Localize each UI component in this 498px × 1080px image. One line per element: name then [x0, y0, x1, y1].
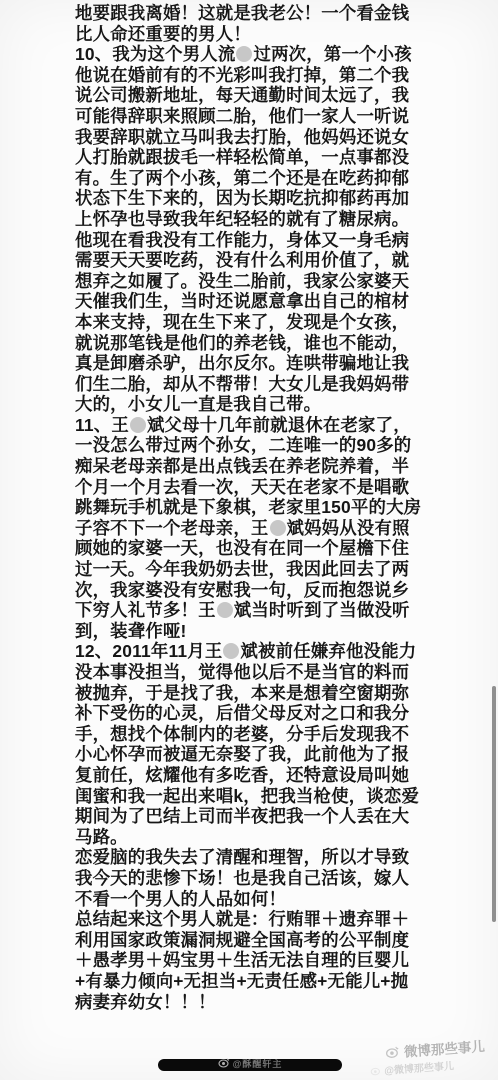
text-run: 斌妈妈从没有照 — [287, 518, 410, 538]
text-run: +有暴力倾向+无担当+无责任感+无能儿+抛 — [75, 971, 408, 991]
text-line: 跳舞玩手机就是下象棋，老家里150平的大房 — [75, 497, 435, 518]
text-line: 复前任，炫耀他有多吃香，还特意设局叫她 — [75, 765, 435, 786]
text-line: 12、2011年11月王斌被前任嫌弃他没能力 — [75, 641, 435, 662]
text-line: 说公司搬新地址，每天通勤时间太远了，我 — [75, 85, 435, 106]
text-run: 期间为了巴结上司而半夜把我一个人丢在大 — [75, 806, 409, 826]
text-line: 大的，小女儿一直是我自己带。 — [75, 394, 435, 415]
text-line: ＋愚孝男＋妈宝男＋生活无法自理的巨婴儿 — [75, 950, 435, 971]
text-run: 天催我们生，当时还说愿意拿出自己的棺材 — [75, 291, 409, 311]
text-run: 斌父母十几年前就退休在老家了， — [147, 415, 411, 435]
text-run: 12、2011年11月王 — [75, 641, 222, 661]
text-line: 人打胎就跟拔毛一样轻松简单，一点事都没 — [75, 147, 435, 168]
text-line: 需要天天要吃药，没有什么利用价值了，就 — [75, 250, 435, 271]
text-line: 顾她的家婆一天，也没有在同一个屋檐下住 — [75, 538, 435, 559]
text-run: 一没怎么带过两个孙女，二连唯一的90多的 — [75, 435, 411, 455]
text-line: 比人命还重要的男人！ — [75, 24, 435, 45]
text-line: 我要辞职就立马叫我去打胎，他妈妈还说女 — [75, 127, 435, 148]
weibo-eye-icon — [218, 1057, 230, 1068]
text-line: 可能得辞职来照顾二胎，他们一家人一听说 — [75, 106, 435, 127]
author-censor-bar: @酥醒轩主 — [158, 1059, 342, 1071]
text-run: 下穷人礼节多！王 — [75, 600, 216, 620]
text-run: 子容不下一个老母亲，王 — [75, 518, 269, 538]
text-run: 可能得辞职来照顾二胎，他们一家人一听说 — [75, 106, 409, 126]
text-line: 11、王斌父母十几年前就退休在老家了， — [75, 415, 435, 436]
text-run: 10、我为这个男人流 — [75, 44, 235, 64]
text-run: 人打胎就跟拔毛一样轻松简单，一点事都没 — [75, 147, 409, 167]
text-line: 天催我们生，当时还说愿意拿出自己的棺材 — [75, 291, 435, 312]
text-line: 个月一个月去看一次，天天在老家不是唱歌 — [75, 477, 435, 498]
censor-blur-dot — [236, 46, 252, 62]
text-run: 斌被前任嫌弃他没能力 — [240, 641, 416, 661]
text-run: 真是卸磨杀驴，出尔反尔。连哄带骗地让我 — [75, 353, 409, 373]
text-run: ＋愚孝男＋妈宝男＋生活无法自理的巨婴儿 — [75, 950, 409, 970]
text-run: 闺蜜和我一起出来唱k，把我当枪使，谈恋爱 — [75, 786, 419, 806]
text-run: 复前任，炫耀他有多吃香，还特意设局叫她 — [75, 765, 409, 785]
text-run: 过一天。今年我奶奶去世，我因此回去了两 — [75, 559, 409, 579]
text-run: 次，我家婆没有安慰我一句，反而抱怨说乡 — [75, 580, 409, 600]
text-line: 10、我为这个男人流过两次，第一个小孩 — [75, 44, 435, 65]
text-run: 说公司搬新地址，每天通勤时间太远了，我 — [75, 85, 409, 105]
scrollbar-thumb[interactable] — [492, 686, 496, 922]
text-run: 需要天天要吃药，没有什么利用价值了，就 — [75, 250, 409, 270]
censor-blur-dot — [130, 417, 146, 433]
censor-blur-dot — [270, 520, 286, 536]
text-run: 跳舞玩手机就是下象棋，老家里150平的大房 — [75, 497, 421, 517]
text-line: 想弃之如履了。没生二胎前，我家公家婆天 — [75, 271, 435, 292]
text-line: 总结起来这个男人就是：行贿罪＋遗弃罪＋ — [75, 909, 435, 930]
text-line: 本来支持，现在生下来了，发现是个女孩， — [75, 312, 435, 333]
text-line: 一没怎么带过两个孙女，二连唯一的90多的 — [75, 435, 435, 456]
text-line: 过一天。今年我奶奶去世，我因此回去了两 — [75, 559, 435, 580]
text-line: +有暴力倾向+无担当+无责任感+无能儿+抛 — [75, 971, 435, 992]
text-line: 痴呆老母亲都是出点钱丢在养老院养着，半 — [75, 456, 435, 477]
text-line: 就说那笔钱是他们的养老钱，谁也不能动， — [75, 333, 435, 354]
text-run: 总结起来这个男人就是：行贿罪＋遗弃罪＋ — [75, 909, 409, 929]
text-run: 比人命还重要的男人！ — [75, 24, 251, 44]
text-run: 痴呆老母亲都是出点钱丢在养老院养着，半 — [75, 456, 409, 476]
text-line: 补下受伤的心灵，后借父母反对之口和我分 — [75, 703, 435, 724]
text-run: 没本事没担当，觉得他以后不是当官的料而 — [75, 662, 409, 682]
text-line: 病妻弃幼女！！！ — [75, 992, 435, 1013]
text-run: 不看一个男人的人品如何！ — [75, 889, 286, 909]
text-run: 有。生了两个小孩，第二个还是在吃药抑郁 — [75, 168, 409, 188]
text-line: 闺蜜和我一起出来唱k，把我当枪使，谈恋爱 — [75, 786, 435, 807]
text-line: 小心怀孕而被逼无奈娶了我，此前他为了报 — [75, 744, 435, 765]
text-run: 马路。 — [75, 827, 128, 847]
text-line: 没本事没担当，觉得他以后不是当官的料而 — [75, 662, 435, 683]
text-line: 上怀孕也导致我年纪轻轻的就有了糖尿病。 — [75, 209, 435, 230]
text-run: 过两次，第一个小孩 — [253, 44, 411, 64]
text-run: 被抛弃，于是找了我，本来是想着空窗期弥 — [75, 683, 409, 703]
text-run: 11、王 — [75, 415, 129, 435]
text-run: 状态下生下来的，因为长期吃抗抑郁药再加 — [75, 188, 409, 208]
text-line: 手，想找个体制内的老婆，分手后发现我不 — [75, 724, 435, 745]
text-line: 有。生了两个小孩，第二个还是在吃药抑郁 — [75, 168, 435, 189]
text-line: 期间为了巴结上司而半夜把我一个人丢在大 — [75, 806, 435, 827]
text-run: 顾她的家婆一天，也没有在同一个屋檐下住 — [75, 538, 409, 558]
text-line: 到，装聋作哑! — [75, 621, 435, 642]
text-run: 他现在看我没有工作能力，身体又一身毛病 — [75, 230, 409, 250]
text-line: 恋爱脑的我失去了清醒和理智，所以才导致 — [75, 847, 435, 868]
text-run: 利用国家政策漏洞规避全国高考的公平制度 — [75, 930, 409, 950]
text-run: 病妻弃幼女！！！ — [75, 992, 216, 1012]
text-line: 子容不下一个老母亲，王斌妈妈从没有照 — [75, 518, 435, 539]
text-line: 马路。 — [75, 827, 435, 848]
text-run: 他说在婚前有的不光彩叫我打掉，第二个我 — [75, 65, 409, 85]
weibo-logo-icon-small — [370, 1065, 382, 1076]
text-run: 们生二胎，却从不帮带！大女儿是我妈妈带 — [75, 374, 409, 394]
text-line: 被抛弃，于是找了我，本来是想着空窗期弥 — [75, 683, 435, 704]
text-line: 状态下生下来的，因为长期吃抗抑郁药再加 — [75, 188, 435, 209]
text-run: 小心怀孕而被逼无奈娶了我，此前他为了报 — [75, 744, 409, 764]
text-line: 地要跟我离婚！这就是我老公！一个看金钱 — [75, 3, 435, 24]
text-run: 到，装聋作哑! — [75, 621, 187, 641]
text-run: 手，想找个体制内的老婆，分手后发现我不 — [75, 724, 409, 744]
watermark-block: 微博那些事儿 @微博那些事儿 — [384, 1035, 486, 1077]
weibo-logo-icon — [384, 1044, 400, 1058]
text-run: 个月一个月去看一次，天天在老家不是唱歌 — [75, 477, 409, 497]
text-run: 补下受伤的心灵，后借父母反对之口和我分 — [75, 703, 409, 723]
text-line: 他现在看我没有工作能力，身体又一身毛病 — [75, 230, 435, 251]
text-line: 利用国家政策漏洞规避全国高考的公平制度 — [75, 930, 435, 951]
text-line: 他说在婚前有的不光彩叫我打掉，第二个我 — [75, 65, 435, 86]
text-line: 下穷人礼节多！王斌当时听到了当做没听 — [75, 600, 435, 621]
text-line: 不看一个男人的人品如何！ — [75, 889, 435, 910]
article-text: 地要跟我离婚！这就是我老公！一个看金钱比人命还重要的男人！10、我为这个男人流过… — [75, 3, 435, 1012]
text-line: 真是卸磨杀驴，出尔反尔。连哄带骗地让我 — [75, 353, 435, 374]
text-run: 本来支持，现在生下来了，发现是个女孩， — [75, 312, 409, 332]
text-run: 恋爱脑的我失去了清醒和理智，所以才导致 — [75, 847, 409, 867]
text-line: 次，我家婆没有安慰我一句，反而抱怨说乡 — [75, 580, 435, 601]
text-run: 斌当时听到了当做没听 — [234, 600, 410, 620]
text-run: 就说那笔钱是他们的养老钱，谁也不能动， — [75, 333, 409, 353]
text-run: 想弃之如履了。没生二胎前，我家公家婆天 — [75, 271, 409, 291]
author-tag-label: @酥醒轩主 — [233, 1057, 283, 1070]
text-run: 我今天的悲惨下场！也是我自己活该，嫁人 — [75, 868, 409, 888]
text-run: 我要辞职就立马叫我去打胎，他妈妈还说女 — [75, 127, 409, 147]
censor-blur-dot — [217, 602, 233, 618]
text-run: 上怀孕也导致我年纪轻轻的就有了糖尿病。 — [75, 209, 409, 229]
text-line: 们生二胎，却从不帮带！大女儿是我妈妈带 — [75, 374, 435, 395]
text-run: 地要跟我离婚！这就是我老公！一个看金钱 — [75, 3, 409, 23]
text-line: 我今天的悲惨下场！也是我自己活该，嫁人 — [75, 868, 435, 889]
text-run: 大的，小女儿一直是我自己带。 — [75, 394, 321, 414]
censor-blur-dot — [223, 643, 239, 659]
